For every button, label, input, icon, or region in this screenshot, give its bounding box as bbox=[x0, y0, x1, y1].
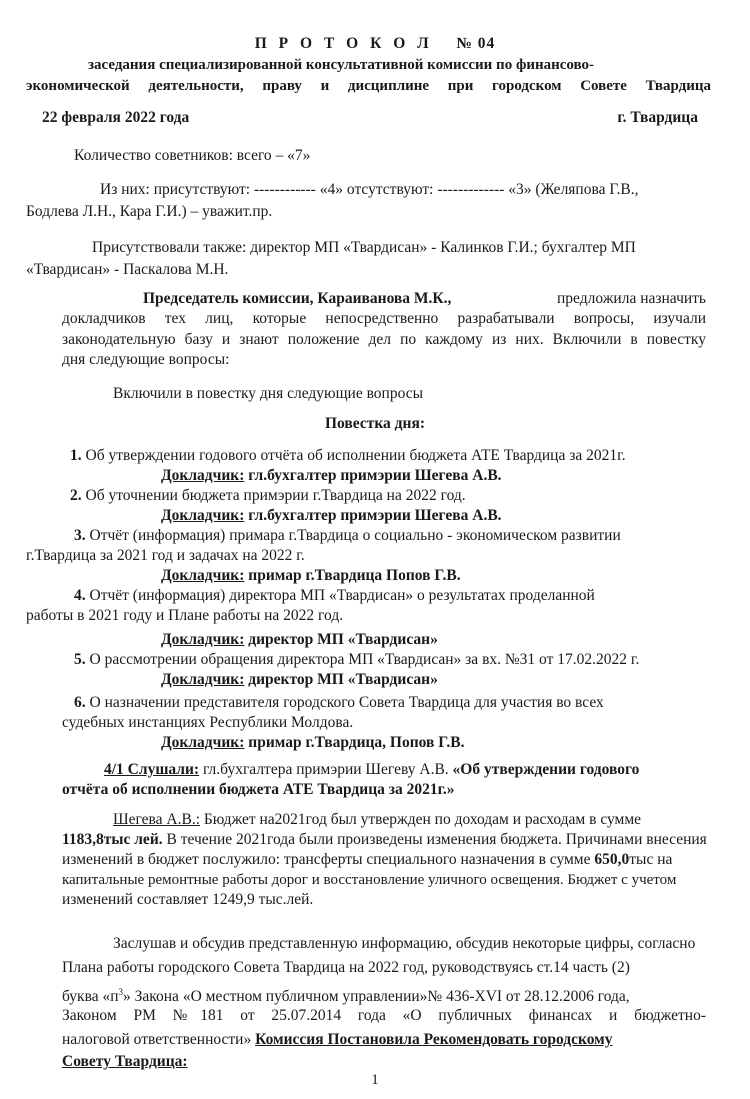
reporter-label: Докладчик: bbox=[161, 734, 244, 751]
agenda-item-1: 1. Об утверждении годового отчёта об исп… bbox=[70, 446, 626, 466]
intro-line-1-rest: предложила назначить bbox=[557, 289, 706, 309]
meeting-date: 22 февраля 2022 года bbox=[42, 108, 189, 128]
hearing-line-2: отчёта об исполнении бюджета АТЕ Твардиц… bbox=[62, 780, 455, 800]
intro-repeat: Включили в повестку дня следующие вопрос… bbox=[113, 384, 423, 404]
subtitle-line-1: заседания специализированной консультати… bbox=[88, 55, 594, 75]
agenda-item-6-cont: судебных инстанциях Республики Молдова. bbox=[62, 713, 353, 733]
agenda-reporter-3: Докладчик: примар г.Твардица Попов Г.В. bbox=[161, 566, 461, 586]
agenda-item-5: 5. О рассмотрении обращения директора МП… bbox=[74, 650, 639, 670]
report-line-3: изменений в бюджет послужило: трансферты… bbox=[62, 850, 672, 870]
chairperson: Председатель комиссии, Караиванова М.К., bbox=[143, 289, 451, 309]
agenda-reporter-4: Докладчик: директор МП «Твардисан» bbox=[161, 630, 438, 650]
agenda-reporter-1: Докладчик: гл.бухгалтер примэрии Шегева … bbox=[161, 466, 502, 486]
reporter-label: Докладчик: bbox=[161, 671, 244, 688]
page-number: 1 bbox=[0, 1070, 750, 1090]
report-line-1: Шегева А.В.: Бюджет на2021год был утверж… bbox=[113, 810, 641, 830]
decision-line-5: налоговой ответственности» Комиссия Пост… bbox=[62, 1030, 612, 1050]
agenda-item-2: 2. Об уточнении бюджета примэрии г.Твард… bbox=[70, 486, 466, 506]
also-present-line-2: «Твардисан» - Паскалова М.Н. bbox=[26, 260, 228, 280]
agenda-item-3-cont: г.Твардица за 2021 год и задачах на 2022… bbox=[26, 546, 305, 566]
hearing-line-1: 4/1 Слушали: гл.бухгалтера примэрии Шеге… bbox=[104, 760, 639, 780]
reporter-label: Докладчик: bbox=[161, 567, 244, 584]
hearing-topic: «Об утверждении годового bbox=[453, 761, 640, 778]
agenda-heading: Повестка дня: bbox=[0, 414, 750, 434]
decision-line-4: Законом РМ №181 от 25.07.2014 года «О пу… bbox=[62, 1006, 706, 1026]
councillors-total: Количество советников: всего – «7» bbox=[74, 146, 310, 166]
agenda-reporter-2: Докладчик: гл.бухгалтер примэрии Шегева … bbox=[161, 506, 502, 526]
attendance-line-2: Бодлева Л.Н., Кара Г.И.) – уважит.пр. bbox=[26, 202, 272, 222]
agenda-item-3: 3. Отчёт (информация) примара г.Твардица… bbox=[74, 526, 621, 546]
agenda-item-4-cont: работы в 2021 году и Плане работы на 202… bbox=[26, 606, 343, 626]
agenda-reporter-5: Докладчик: директор МП «Твардисан» bbox=[161, 670, 438, 690]
budget-amount: 1183,8тыс лей. bbox=[62, 831, 163, 848]
intro-line-4: дня следующие вопросы: bbox=[62, 350, 229, 370]
agenda-item-6: 6. О назначении представителя городского… bbox=[74, 693, 604, 713]
agenda-reporter-6: Докладчик: примар г.Твардица, Попов Г.В. bbox=[161, 733, 464, 753]
reporter-label: Докладчик: bbox=[161, 507, 244, 524]
document-title: П Р О Т О К О Л № 04 bbox=[0, 34, 750, 54]
meeting-place: г. Твардица bbox=[617, 108, 698, 128]
intro-line-1: Председатель комиссии, Караиванова М.К.,… bbox=[143, 289, 706, 309]
intro-line-3: законодательную базу и знают положение д… bbox=[62, 330, 706, 350]
transfer-amount: 650,0 bbox=[594, 851, 629, 868]
title-text: П Р О Т О К О Л bbox=[255, 35, 433, 52]
decision-resolution: Комиссия Постановила Рекомендовать город… bbox=[255, 1031, 612, 1048]
report-speaker: Шегева А.В.: bbox=[113, 811, 200, 828]
intro-line-2: докладчиков тех лиц, которые непосредств… bbox=[62, 309, 706, 329]
decision-line-3: буква «п3» Закона «О местном публичном у… bbox=[62, 982, 630, 1007]
hearing-speaker: гл.бухгалтера примэрии Шегеву А.В. bbox=[199, 761, 452, 778]
also-present-line-1: Присутствовали также: директор МП «Твард… bbox=[92, 238, 636, 258]
report-line-2: 1183,8тыс лей. В течение 2021года были п… bbox=[62, 830, 707, 850]
protocol-number: № 04 bbox=[456, 35, 495, 52]
reporter-label: Докладчик: bbox=[161, 467, 244, 484]
subtitle-line-2: экономической деятельности, праву и дисц… bbox=[26, 76, 711, 96]
report-line-5: изменений составляет 1249,9 тыс.лей. bbox=[62, 890, 313, 910]
agenda-item-4: 4. Отчёт (информация) директора МП «Твар… bbox=[74, 586, 595, 606]
decision-line-1: Заслушав и обсудив представленную информ… bbox=[113, 934, 695, 954]
decision-line-2: Плана работы городского Совета Твардица … bbox=[62, 958, 630, 978]
hearing-label: 4/1 Слушали: bbox=[104, 761, 199, 778]
attendance-line-1: Из них: присутствуют: ------------ «4» о… bbox=[100, 180, 639, 200]
report-line-4: капитальные ремонтные работы дорог и вос… bbox=[62, 870, 676, 890]
decision-line-6: Совету Твардица: bbox=[62, 1052, 188, 1072]
reporter-label: Докладчик: bbox=[161, 631, 244, 648]
